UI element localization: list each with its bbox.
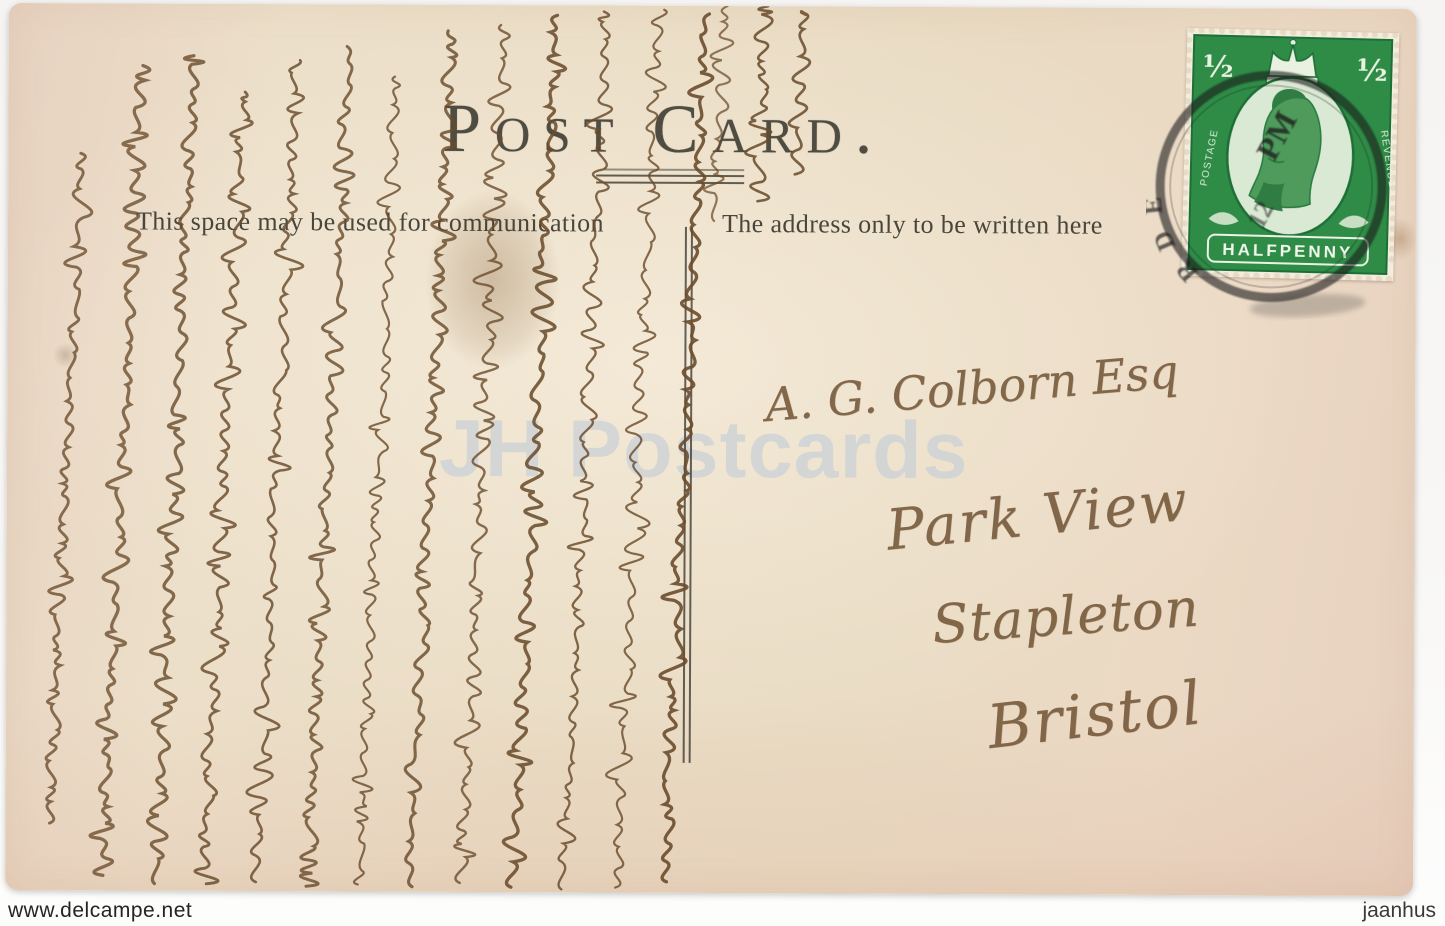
stamp-denomination-right: ½ [1356,53,1388,89]
title-letter-c: C [652,91,712,167]
address-line-recipient: A. G. Colborn Esq [763,344,1180,432]
seller-watermark: jaanhus [1362,899,1436,923]
title-letter-p: P [442,90,495,166]
postcard-photo: JH Postcards POSTCARD. This space may be… [0,0,1445,926]
address-line-city: Bristol [984,668,1207,763]
postcard-title: POSTCARD. [8,87,1320,172]
postmark-smudge [1249,291,1366,321]
title-word2-rest: ARD [712,108,855,164]
stamp-value-tablet: HALFPENNY [1208,234,1369,265]
address-caption: The address only to be written here [722,209,1103,241]
delcampe-watermark: www.delcampe.net [8,899,192,923]
communication-caption: This space may be used for communication [136,206,604,238]
stamp-value-text: HALFPENNY [1222,240,1353,262]
postcard-back: JH Postcards POSTCARD. This space may be… [5,3,1417,896]
title-period: . [855,92,887,168]
address-line-district: Stapleton [930,578,1201,656]
postage-stamp: ½ ½ POSTAGE REVENUE [1181,28,1399,281]
stamp-denomination-left: ½ [1202,49,1234,85]
title-word1-rest: OST [495,107,627,163]
title-divider-ornament [596,168,748,184]
center-divider-line [683,227,693,763]
